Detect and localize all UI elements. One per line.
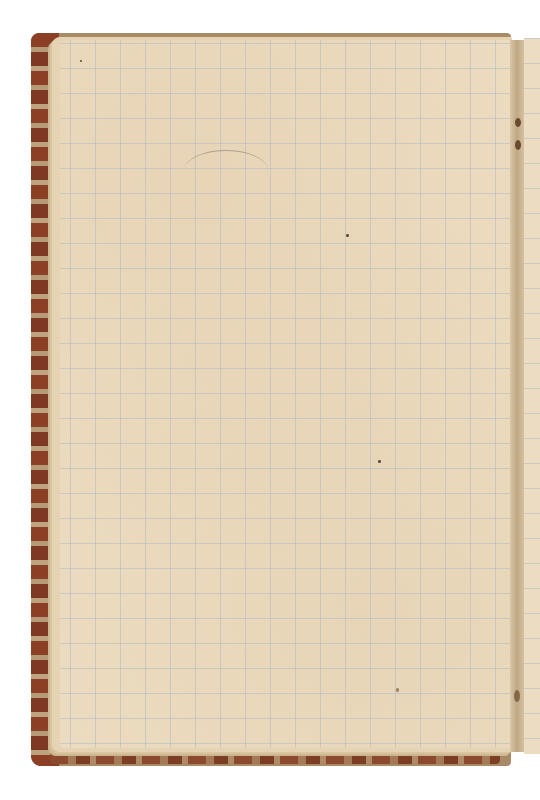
speck [396, 688, 399, 692]
stain-mark [514, 690, 520, 702]
stain-mark [515, 118, 521, 127]
facing-page-edge [524, 38, 540, 754]
speck [80, 60, 82, 62]
speck [346, 234, 349, 237]
stain-mark [515, 140, 521, 150]
graph-paper-page [60, 40, 510, 748]
pencil-arc-mark [184, 150, 268, 191]
speck [378, 460, 381, 463]
